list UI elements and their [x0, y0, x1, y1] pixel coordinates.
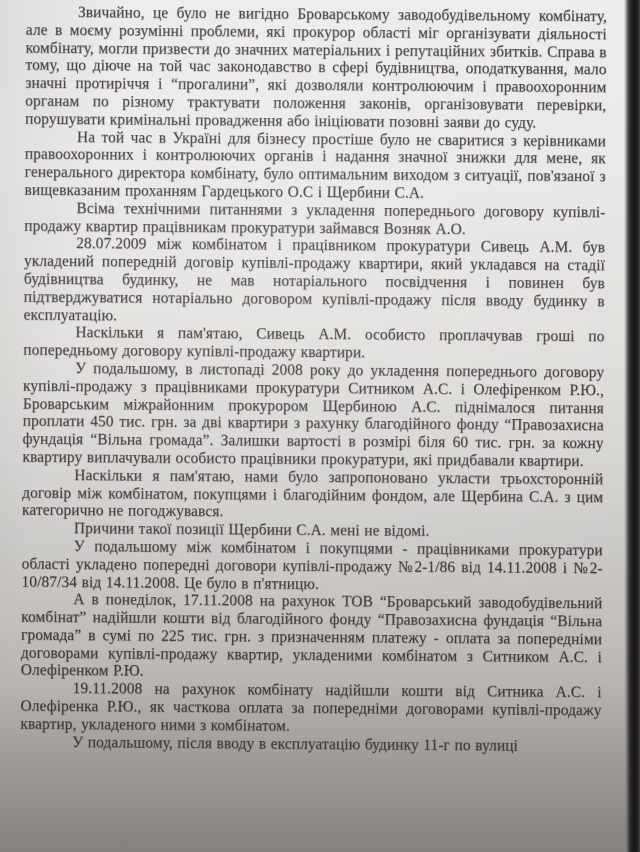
document-paragraph-cutoff: У подальшому, після вводу в експлуатацію…: [20, 733, 601, 755]
document-paragraph: Наскільки я пам'ятаю, нами було запропон…: [22, 466, 603, 524]
document-text-block: Звичайно, це було не вигідно Броварськом…: [20, 4, 607, 756]
document-paragraph: 28.07.2009 між комбінатом і працівником …: [23, 235, 605, 329]
document-paragraph: Всіма технічними питаннями з укладення п…: [24, 199, 605, 239]
document-paragraph: Звичайно, це було не вигідно Броварськом…: [25, 4, 607, 133]
document-paragraph: У подальшому, в листопаді 2008 року до у…: [22, 360, 604, 471]
photo-right-edge-background: [624, 0, 640, 852]
document-paragraph: У подальшому між комбінатом і покупцями …: [21, 538, 602, 596]
document-paragraph: А в понеділок, 17.11.2008 на рахунок ТОВ…: [21, 591, 603, 685]
document-paragraph: На той час в Україні для бізнесу простіш…: [24, 128, 606, 204]
document-paragraph: 19.11.2008 на рахунок комбінату надійшли…: [20, 680, 601, 738]
document-paragraph: Наскільки я пам'ятаю, Сивець А.М. особис…: [23, 324, 604, 364]
document-photo: Звичайно, це було не вигідно Броварськом…: [0, 0, 640, 852]
